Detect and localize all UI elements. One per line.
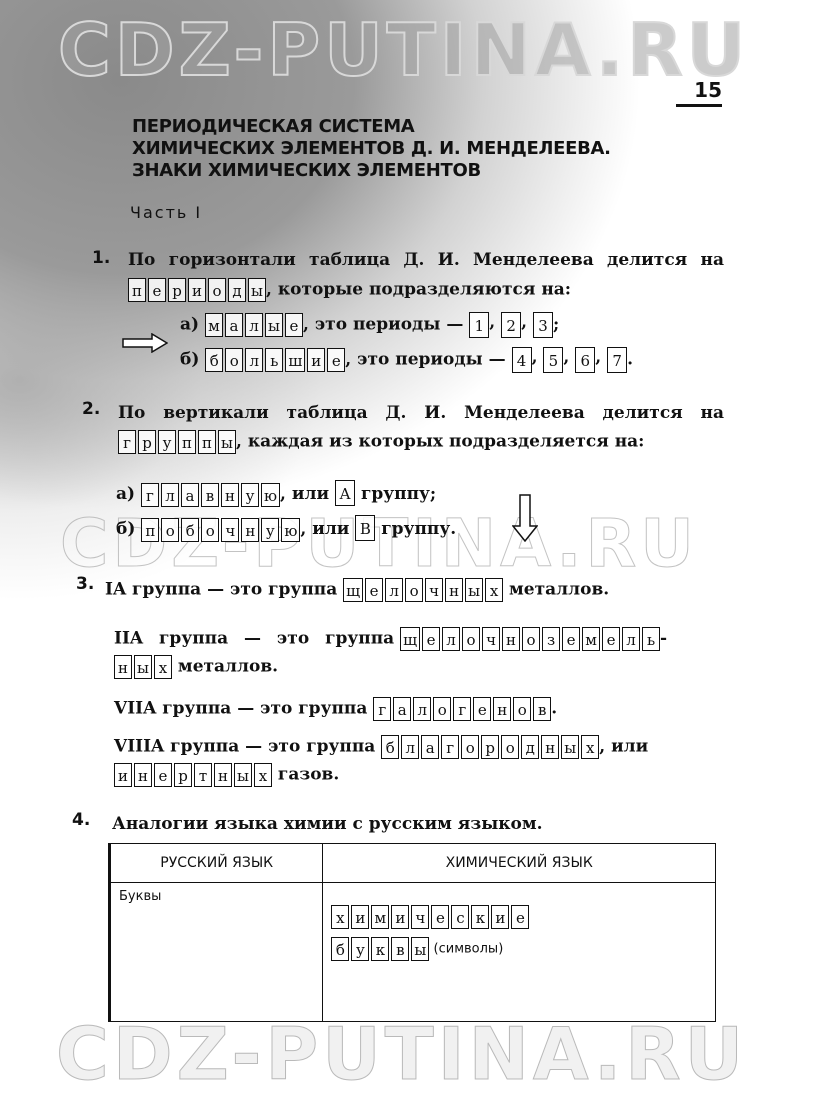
- letter-box: д: [228, 278, 246, 302]
- answer-small: малые: [205, 313, 303, 337]
- letter-b-box: В: [355, 515, 375, 541]
- letter-box: н: [445, 578, 463, 602]
- letter-box: м: [582, 627, 600, 651]
- number-box: 1: [469, 312, 489, 338]
- group-ia-line: IA группа — это группа щелочных металлов…: [105, 578, 609, 602]
- text-group-b: группу.: [381, 519, 456, 539]
- letter-box: о: [201, 518, 219, 542]
- letter-box: у: [351, 937, 369, 961]
- letter-box: н: [493, 697, 511, 721]
- part-label: Часть I: [130, 203, 202, 222]
- letter-box: г: [441, 735, 459, 759]
- analogy-table: РУССКИЙ ЯЗЫК ХИМИЧЕСКИЙ ЯЗЫК Буквы химич…: [108, 843, 716, 1022]
- question-2-b: б) побочную, или В группу.: [116, 515, 456, 542]
- small-period-numbers: 1, 2, 3: [469, 312, 553, 338]
- comma: ,: [489, 312, 501, 338]
- letter-box: у: [241, 483, 259, 507]
- answer-periods: периоды: [128, 278, 266, 302]
- letter-box: щ: [343, 578, 363, 602]
- answer-main: главную: [141, 483, 280, 507]
- letter-box: а: [181, 483, 199, 507]
- punct-a: ;: [553, 315, 559, 335]
- letter-box: р: [481, 735, 499, 759]
- letter-box: а: [225, 313, 243, 337]
- letter-box: о: [225, 348, 243, 372]
- letter-box: н: [214, 763, 232, 787]
- comma: ,: [563, 347, 575, 373]
- letter-box: е: [422, 627, 440, 651]
- question-2-text: По вертикали таблица Д. И. Менделеева де…: [118, 403, 724, 423]
- group-iia-line: IIA группа — это группа щелочноземель-: [114, 627, 667, 651]
- letter-box: е: [327, 348, 345, 372]
- page-title: ПЕРИОДИЧЕСКАЯ СИСТЕМА ХИМИЧЕСКИХ ЭЛЕМЕНТ…: [132, 116, 611, 182]
- watermark-top: CDZ-PUTINA.RU: [58, 8, 749, 92]
- letter-box: к: [471, 905, 489, 929]
- group-viia-end: .: [551, 699, 557, 719]
- punct-b: .: [627, 350, 633, 370]
- letter-box: о: [433, 697, 451, 721]
- question-4-number: 4.: [72, 810, 90, 830]
- question-2-a: а) главную, или А группу;: [116, 480, 436, 507]
- cell-chemical-letters: химические буквы (символы): [323, 883, 716, 1022]
- letter-box: р: [168, 278, 186, 302]
- letter-box: ш: [285, 348, 305, 372]
- letter-box: с: [451, 905, 469, 929]
- letter-box: ы: [234, 763, 252, 787]
- letter-box: о: [405, 578, 423, 602]
- letter-box: л: [161, 483, 179, 507]
- letter-box: л: [401, 735, 419, 759]
- letter-box: н: [241, 518, 259, 542]
- letter-box: и: [114, 763, 132, 787]
- question-4-text: Аналогии языка химии с русским языком.: [112, 814, 543, 834]
- answer-secondary: побочную: [141, 518, 300, 542]
- letter-box: и: [351, 905, 369, 929]
- group-viiia-line: VIIIA группа — это группа благородных, и…: [114, 735, 648, 759]
- letter-box: м: [205, 313, 223, 337]
- letter-box: р: [174, 763, 192, 787]
- letter-box: з: [542, 627, 560, 651]
- letter-box: и: [307, 348, 325, 372]
- letter-box: о: [522, 627, 540, 651]
- group-ia-text: IA группа — это группа: [105, 580, 337, 600]
- comma: ,: [521, 312, 533, 338]
- letter-box: п: [128, 278, 146, 302]
- letter-box: ч: [482, 627, 500, 651]
- letter-box: а: [421, 735, 439, 759]
- letter-box: р: [138, 430, 156, 454]
- answer-chemical: химические: [331, 905, 529, 929]
- number-box: 4: [512, 347, 532, 373]
- letter-box: г: [373, 697, 391, 721]
- header-russian: РУССКИЙ ЯЗЫК: [110, 844, 323, 883]
- letter-box: у: [158, 430, 176, 454]
- answer-letters: буквы: [331, 937, 429, 961]
- symbols-note: (символы): [434, 942, 504, 957]
- question-1-tail: , которые подразделяются на:: [266, 280, 571, 300]
- group-ia-end: металлов.: [509, 580, 609, 600]
- letter-box: о: [461, 735, 479, 759]
- group-viiia-or: , или: [599, 737, 648, 757]
- question-3-number: 3.: [76, 574, 94, 594]
- letter-box: ы: [465, 578, 483, 602]
- letter-box: б: [331, 937, 349, 961]
- header-chemical: ХИМИЧЕСКИЙ ЯЗЫК: [323, 844, 716, 883]
- letter-box: н: [221, 483, 239, 507]
- letter-box: е: [285, 313, 303, 337]
- cell-letters: Буквы: [110, 883, 323, 1022]
- letter-box: ы: [134, 655, 152, 679]
- group-viiia-end: газов.: [278, 765, 339, 785]
- letter-box: п: [178, 430, 196, 454]
- number-box: 7: [607, 347, 627, 373]
- label-a: а): [116, 484, 135, 504]
- letter-box: в: [391, 937, 409, 961]
- letter-box: щ: [400, 627, 420, 651]
- letter-box: ы: [561, 735, 579, 759]
- comma: ,: [595, 347, 607, 373]
- text-group-a: группу;: [361, 484, 436, 504]
- page-number: 15: [676, 78, 722, 107]
- question-1-text: По горизонтали таблица Д. И. Менделеева …: [128, 250, 724, 270]
- letter-box: д: [521, 735, 539, 759]
- question-1-line-2: периоды, которые подразделяются на:: [128, 278, 571, 302]
- letter-box: п: [198, 430, 216, 454]
- letter-box: у: [261, 518, 279, 542]
- letter-a-box: А: [335, 480, 355, 506]
- letter-box: т: [194, 763, 212, 787]
- letter-box: х: [254, 763, 272, 787]
- group-viia-line: VIIA группа — это группа галогенов.: [114, 697, 557, 721]
- group-iia-text: IIA группа — это группа: [114, 629, 394, 649]
- question-1-a: а) малые, это периоды — 1, 2, 3;: [180, 312, 559, 338]
- letter-box: о: [501, 735, 519, 759]
- number-box: 3: [533, 312, 553, 338]
- text-periods-b: , это периоды —: [345, 350, 505, 370]
- letter-box: ь: [642, 627, 660, 651]
- letter-box: о: [161, 518, 179, 542]
- letter-box: л: [385, 578, 403, 602]
- group-iia-end: металлов.: [178, 657, 278, 677]
- number-box: 2: [501, 312, 521, 338]
- text-or-a: , или: [280, 484, 329, 504]
- letter-box: г: [141, 483, 159, 507]
- title-line-2: ХИМИЧЕСКИХ ЭЛЕМЕНТОВ Д. И. МЕНДЕЛЕЕВА.: [132, 138, 611, 160]
- letter-box: ы: [265, 313, 283, 337]
- question-2-line-2: группы, каждая из которых подразделяется…: [118, 430, 644, 454]
- letter-box: е: [511, 905, 529, 929]
- question-1-number: 1.: [92, 248, 110, 268]
- arrow-down-icon: [512, 494, 538, 542]
- question-1-b: б) большие, это периоды — 4, 5, 6, 7.: [180, 347, 633, 373]
- letter-box: г: [453, 697, 471, 721]
- letter-box: и: [391, 905, 409, 929]
- number-box: 5: [543, 347, 563, 373]
- letter-box: о: [462, 627, 480, 651]
- letter-box: е: [602, 627, 620, 651]
- letter-box: ы: [411, 937, 429, 961]
- letter-box: ч: [221, 518, 239, 542]
- letter-box: е: [365, 578, 383, 602]
- large-period-numbers: 4, 5, 6, 7: [512, 347, 628, 373]
- letter-box: х: [331, 905, 349, 929]
- letter-box: л: [245, 313, 263, 337]
- letter-box: а: [393, 697, 411, 721]
- text-periods-a: , это периоды —: [303, 315, 463, 335]
- group-viiia-line-2: инертных газов.: [114, 763, 339, 787]
- group-iia-line-2: ных металлов.: [114, 655, 278, 679]
- arrow-right-icon: [122, 333, 168, 353]
- comma: ,: [532, 347, 544, 373]
- answer-large: большие: [205, 348, 345, 372]
- letter-box: е: [148, 278, 166, 302]
- letter-box: б: [381, 735, 399, 759]
- letter-box: е: [154, 763, 172, 787]
- letter-box: ь: [265, 348, 283, 372]
- letter-box: е: [562, 627, 580, 651]
- answer-noble: благородных: [381, 735, 599, 759]
- hyphen: -: [660, 629, 667, 649]
- answer-halogens: галогенов: [373, 697, 551, 721]
- label-a: а): [180, 315, 199, 335]
- answer-alkaline-earth-2: ных: [114, 655, 172, 679]
- answer-inert: инертных: [114, 763, 272, 787]
- letter-box: х: [154, 655, 172, 679]
- letter-box: н: [114, 655, 132, 679]
- letter-box: х: [581, 735, 599, 759]
- letter-box: л: [622, 627, 640, 651]
- answer-alkaline-earth-1: щелочноземель: [400, 627, 660, 651]
- letter-box: п: [141, 518, 159, 542]
- letter-box: н: [541, 735, 559, 759]
- answer-groups: группы: [118, 430, 236, 454]
- letter-box: л: [442, 627, 460, 651]
- letter-box: н: [134, 763, 152, 787]
- title-line-3: ЗНАКИ ХИМИЧЕСКИХ ЭЛЕМЕНТОВ: [132, 160, 611, 182]
- letter-box: о: [208, 278, 226, 302]
- letter-box: ы: [248, 278, 266, 302]
- letter-box: л: [413, 697, 431, 721]
- watermark-bottom: CDZ-PUTINA.RU: [56, 1012, 747, 1094]
- letter-box: х: [485, 578, 503, 602]
- letter-box: м: [371, 905, 389, 929]
- letter-box: л: [245, 348, 263, 372]
- letter-box: и: [491, 905, 509, 929]
- letter-box: в: [201, 483, 219, 507]
- letter-box: ю: [281, 518, 300, 542]
- letter-box: б: [205, 348, 223, 372]
- text-or-b: , или: [300, 519, 349, 539]
- letter-box: ю: [261, 483, 280, 507]
- letter-box: о: [513, 697, 531, 721]
- group-viia-text: VIIA группа — это группа: [114, 699, 367, 719]
- letter-box: и: [188, 278, 206, 302]
- question-2-tail: , каждая из которых подразделяется на:: [236, 432, 644, 452]
- letter-box: ч: [425, 578, 443, 602]
- letter-box: ы: [218, 430, 236, 454]
- letter-box: к: [371, 937, 389, 961]
- question-2-number: 2.: [82, 399, 100, 419]
- letter-box: г: [118, 430, 136, 454]
- label-b: б): [116, 519, 135, 539]
- letter-box: н: [502, 627, 520, 651]
- letter-box: б: [181, 518, 199, 542]
- letter-box: е: [431, 905, 449, 929]
- title-line-1: ПЕРИОДИЧЕСКАЯ СИСТЕМА: [132, 116, 611, 138]
- label-b: б): [180, 350, 199, 370]
- letter-box: в: [533, 697, 551, 721]
- letter-box: е: [473, 697, 491, 721]
- number-box: 6: [575, 347, 595, 373]
- letter-box: ч: [411, 905, 429, 929]
- group-viiia-text: VIIIA группа — это группа: [114, 737, 375, 757]
- answer-alkali: щелочных: [343, 578, 503, 602]
